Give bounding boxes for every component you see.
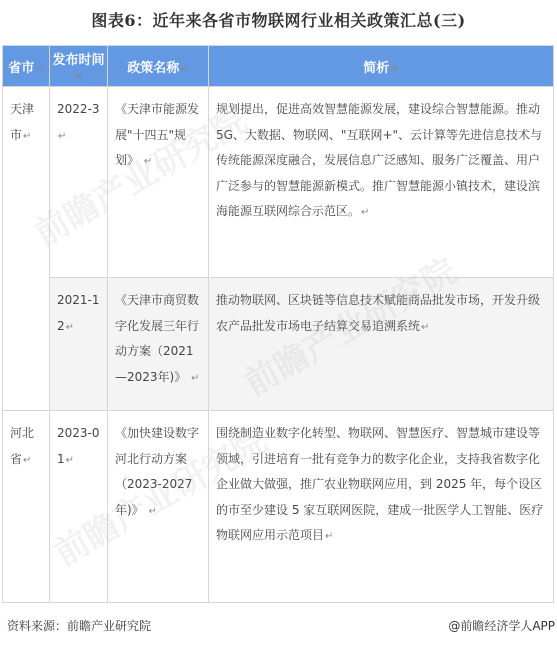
date-cell: 2021-12↵ — [50, 278, 108, 411]
header-analysis: 简析↵ — [209, 46, 554, 87]
analysis-cell: 规划提出，促进高效智慧能源发展，建设综合智慧能源。推动 5G、大数据、物联网、"… — [209, 87, 554, 278]
table-row: 天津市↵ 2022-3↵ 《天津市能源发展"十四五"规划》 ↵ 规划提出，促进高… — [3, 87, 554, 278]
figure-title: 图表6：近年来各省市物联网行业相关政策汇总(三) — [0, 8, 557, 31]
source-note: 资料来源：前瞻产业研究院 — [7, 617, 151, 634]
analysis-cell: 围绕制造业数字化转型、物联网、智慧医疗、智慧城市建设等领域，引进培育一批有竞争力… — [209, 411, 554, 603]
policy-name-cell: 《加快建设数字河北行动方案（2023-2027 年)》 ↵ — [108, 411, 209, 603]
table-row: 河北省↵ 2023-01↵ 《加快建设数字河北行动方案（2023-2027 年)… — [3, 411, 554, 603]
province-cell: 河北省↵ — [3, 411, 50, 603]
policy-name-cell: 《天津市商贸数字化发展三年行动方案（2021—2023年)》 ↵ — [108, 278, 209, 411]
policy-name-cell: 《天津市能源发展"十四五"规划》 ↵ — [108, 87, 209, 278]
header-province: 省市↵ — [3, 46, 50, 87]
table-header-row: 省市↵ 发布时间↵ 政策名称↵ 简析↵ — [3, 46, 554, 87]
header-policy-name: 政策名称↵ — [108, 46, 209, 87]
date-cell: 2023-01↵ — [50, 411, 108, 603]
analysis-cell: 推动物联网、区块链等信息技术赋能商品批发市场，开发升级农产品批发市场电子结算交易… — [209, 278, 554, 411]
table-row: 2021-12↵ 《天津市商贸数字化发展三年行动方案（2021—2023年)》 … — [3, 278, 554, 411]
header-date: 发布时间↵ — [50, 46, 108, 87]
date-cell: 2022-3↵ — [50, 87, 108, 278]
credit-note: @前瞻经济学人APP — [448, 617, 555, 634]
policy-table: 省市↵ 发布时间↵ 政策名称↵ 简析↵ 天津市↵ 2022-3↵ 《天津市能源发… — [2, 45, 554, 603]
province-cell: 天津市↵ — [3, 87, 50, 411]
